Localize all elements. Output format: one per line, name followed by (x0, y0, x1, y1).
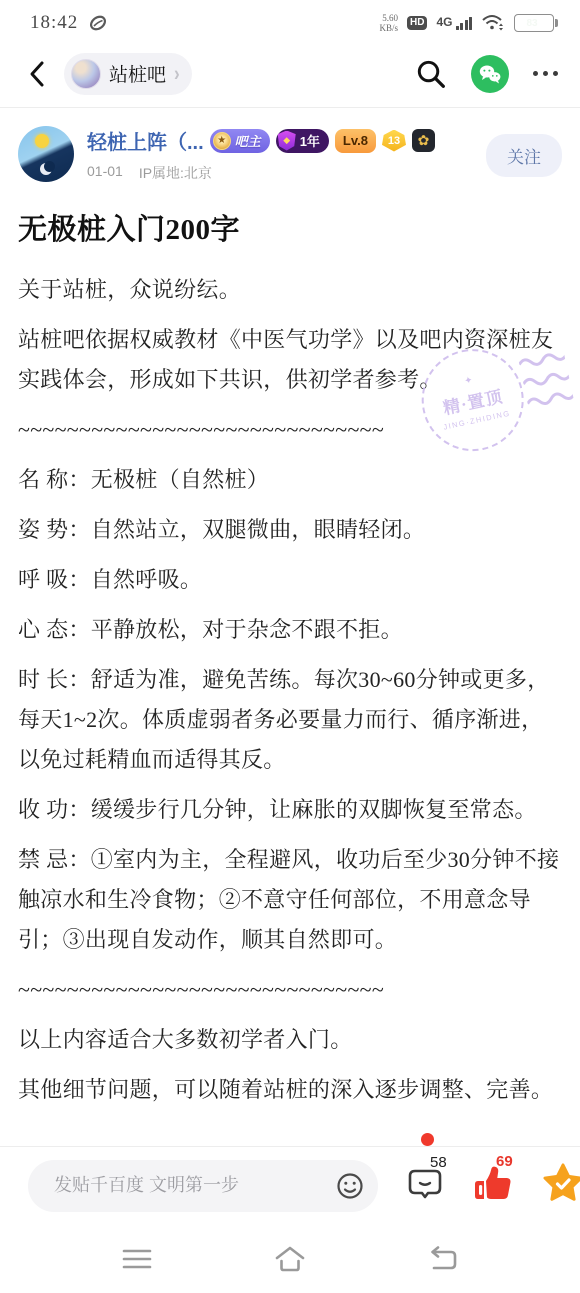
moderator-badge[interactable]: ★ 吧主 (210, 129, 270, 153)
paragraph: 心 态：平静放松，对于杂念不跟不拒。 (18, 610, 562, 650)
gem-badge[interactable]: 13 (382, 130, 406, 152)
chevron-right-icon: › (174, 61, 180, 86)
forum-avatar (71, 59, 101, 89)
medal-icon: ★ (213, 132, 231, 150)
author-name[interactable]: 轻桩上阵（... (87, 126, 204, 155)
battery-percent: 83 (515, 15, 549, 31)
post-title: 无极桩入门200字 (18, 207, 562, 248)
paragraph: 姿 势：自然站立，双腿微曲，眼睛轻闭。 (18, 510, 562, 550)
hd-icon: HD (407, 16, 427, 30)
return-icon (428, 1246, 458, 1272)
like-count: 69 (496, 1153, 513, 1170)
follow-button[interactable]: 关注 (486, 134, 562, 177)
author-avatar[interactable] (18, 126, 74, 182)
home-icon (274, 1245, 306, 1273)
post-container: 轻桩上阵（... ★ 吧主 ◆ 1年 Lv.8 13 ✿ 01-01 IP属地:… (0, 126, 580, 1110)
comment-count: 58 (430, 1154, 447, 1171)
back-button[interactable] (20, 57, 54, 91)
system-navigation-bar (0, 1224, 580, 1293)
cellular-signal-icon: 4G (436, 17, 472, 30)
menu-icon (122, 1247, 152, 1271)
recents-button[interactable] (107, 1236, 167, 1281)
paragraph: 以上内容适合大多数初学者入门。 (18, 1020, 562, 1060)
tilde-separator: ~~~~~~~~~~~~~~~~~~~~~~~~~~~~~~ (18, 410, 562, 450)
paragraph: 呼 吸：自然呼吸。 (18, 560, 562, 600)
favorite-button[interactable] (542, 1163, 580, 1208)
forum-pill[interactable]: 站桩吧 › (64, 53, 192, 95)
back-chevron-icon (26, 59, 48, 89)
paragraph: 名 称：无极桩（自然桩） (18, 460, 562, 500)
network-speed: 5.60 KB/s (380, 13, 399, 33)
clock-time: 18:42 (30, 12, 78, 34)
sun-glyph (35, 134, 49, 148)
ip-location: IP属地:北京 (139, 163, 212, 183)
carrier-logo-icon (88, 13, 108, 33)
shield-icon: ◆ (278, 131, 296, 151)
battery-icon: 83 (514, 14, 558, 32)
more-menu-icon[interactable] (533, 65, 558, 82)
bottom-toolbar: 58 69 (0, 1146, 580, 1224)
moon-glyph (40, 163, 52, 175)
top-nav-bar: 站桩吧 › (0, 40, 580, 108)
paragraph: 其他细节问题，可以随着站桩的深入逐步调整、完善。 (18, 1070, 562, 1110)
like-button[interactable]: 69 (472, 1163, 514, 1208)
post-body: 关于站桩，众说纷纭。 站桩吧依据权威教材《中医气功学》以及吧内资深桩友实践体会，… (18, 270, 562, 1110)
wechat-share-icon[interactable] (471, 55, 509, 93)
post-date: 01-01 (87, 163, 123, 183)
search-icon[interactable] (415, 58, 447, 90)
wifi-icon (481, 13, 505, 33)
home-button[interactable] (260, 1236, 320, 1281)
paragraph: 禁 忌：①室内为主，全程避风，收功后至少30分钟不接触凉水和生冷食物；②不意守任… (18, 840, 562, 960)
back-nav-button[interactable] (413, 1236, 473, 1281)
notification-dot (421, 1133, 434, 1146)
comments-button[interactable]: 58 (406, 1164, 444, 1207)
status-bar: 18:42 5.60 KB/s HD 4G 83 (0, 0, 580, 40)
paragraph: 站桩吧依据权威教材《中医气功学》以及吧内资深桩友实践体会，形成如下共识，供初学者… (18, 320, 562, 400)
level-badge[interactable]: Lv.8 (335, 129, 376, 153)
paragraph: 时 长：舒适为准，避免苦练。每次30~60分钟或更多，每天1~2次。体质虚弱者务… (18, 660, 562, 780)
paragraph: 收 功：缓缓步行几分钟，让麻胀的双脚恢复至常态。 (18, 790, 562, 830)
anniversary-badge[interactable]: ◆ 1年 (276, 129, 329, 153)
emoji-icon[interactable] (335, 1171, 365, 1201)
paragraph: 关于站桩，众说纷纭。 (18, 270, 562, 310)
comment-input[interactable] (28, 1160, 378, 1212)
author-row: 轻桩上阵（... ★ 吧主 ◆ 1年 Lv.8 13 ✿ 01-01 IP属地:… (18, 126, 562, 183)
flower-medal-icon[interactable]: ✿ (412, 129, 435, 152)
forum-name: 站桩吧 (109, 60, 166, 87)
tilde-separator: ~~~~~~~~~~~~~~~~~~~~~~~~~~~~~~ (18, 970, 562, 1010)
